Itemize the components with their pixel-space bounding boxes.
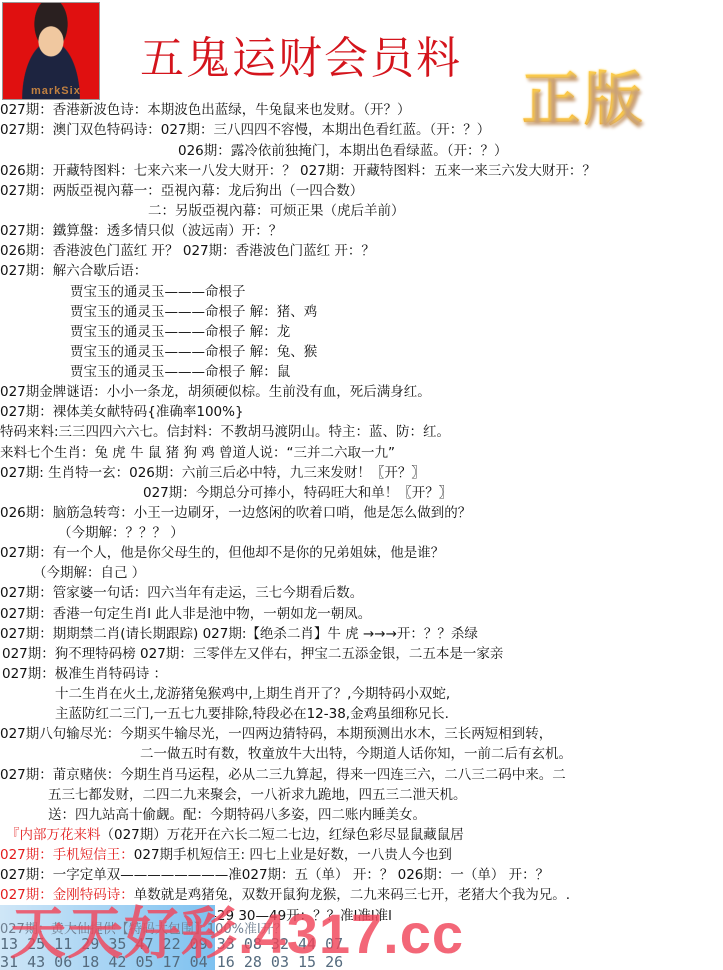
line-text: 027期手机短信王: 四七上业是好数，一八贵人今也到 (134, 847, 452, 863)
text-line: 特码来料:三三四四六六七。信封料：不教胡马渡阴山。特主：蓝、防：红。 (0, 423, 450, 442)
line-text: 027期：一字定单双————————准027期：五（单） 开：？ 026期：一（… (0, 867, 549, 883)
line-text: （027期）万花开在六长二短二七边，红绿色彩尽显鼠藏鼠居 (101, 827, 464, 843)
text-line: 027期金牌谜语：小小一条龙，胡须硬似棕。生前没有血，死后满身红。 (0, 383, 431, 402)
page-title: 五鬼运财会员料 (140, 22, 462, 86)
highlighted-line: 027期：手机短信王：027期手机短信王: 四七上业是好数，一八贵人今也到 (0, 846, 452, 865)
text-line: 027期：极准生肖特码诗 ： (2, 665, 167, 684)
text-line: 来料七个生肖：兔 虎 牛 鼠 猪 狗 鸡 曾道人说：“三并二六取一九” (0, 444, 395, 463)
text-line: （今期解：自己 ） (33, 564, 145, 583)
text-line: 026期：露冷依前独掩门，本期出色看绿蓝。（开：？） (178, 142, 508, 161)
text-line: 026期：脑筋急转弯：小王一边刷牙，一边悠闲的吹着口哨，他是怎么做到的？ (0, 504, 471, 523)
line-label: 『内部万花来料 (6, 827, 101, 843)
text-line: 送：四九站高十偷觑。配：今期特码八多姿，四二账内睡美女。 (48, 806, 426, 825)
highlighted-line: 027期：一字定单双————————准027期：五（单） 开：？ 026期：一（… (0, 866, 549, 885)
text-line: 027期：狗不理特码榜 027期：三零伴左又伴右，押宝二五添金银，二五本是一家亲 (2, 645, 503, 664)
line-label: 027期：手机短信王： (0, 847, 134, 863)
highlighted-line: 『内部万花来料（027期）万花开在六长二短二七边，红绿色彩尽显鼠藏鼠居 (6, 826, 464, 845)
text-line: 五三七都发财，二四二九来聚会，一八祈求九跪地，四五三二泄天机。 (48, 786, 467, 805)
text-line: 026期：开藏特图料：七来六来一八发大财开：？ 027期：开藏特图料：五来一来三… (0, 162, 596, 181)
authentic-badge: 正版 (522, 52, 646, 136)
text-line: 027期：有一个人，他是你父母生的，但他却不是你的兄弟姐妹，他是谁？ (0, 544, 444, 563)
text-line: 二：另版亞視內幕：可烦正果（虎后羊前） (148, 202, 405, 221)
text-line: 二一做五时有数，牧童放牛大出特，今期道人话你知，一前二后有玄机。 (140, 745, 572, 764)
text-line: 027期：鐵算盤：透多情只似（波远南）开：？ (0, 222, 282, 241)
text-line: 贾宝玉的通灵玉———命根子 (70, 283, 246, 302)
text-line: 027期：香港新波色诗：本期波色出蓝绿，牛兔鼠来也发财。（开？） (0, 101, 411, 120)
text-line: 027期八句输尽光：今期买牛输尽光，一四两边猜特码，本期预测出水木，三长两短相到… (0, 725, 552, 744)
text-line: 十二生肖在火土,龙游猪兔猴鸡中,上期生肖开了？,今期特码小双蛇, (55, 685, 450, 704)
site-watermark: 天天好彩.4317.cc (10, 890, 464, 970)
text-line: 贾宝玉的通灵玉———命根子 解：鼠 (70, 363, 290, 382)
text-line: 027期：解六合歇后语： (0, 262, 147, 281)
text-line: 贾宝玉的通灵玉———命根子 解：兔、猴 (70, 343, 317, 362)
portrait-image: markSix (2, 2, 100, 100)
header: markSix 五鬼运财会员料 正版 (0, 0, 723, 100)
text-line: 027期：裸体美女献特码{准确率100%} (0, 403, 244, 422)
text-line: 027期：澳门双色特码诗：027期：三八四四不容慢，本期出色看红蓝。（开：？） (0, 121, 490, 140)
text-line: 贾宝玉的通灵玉———命根子 解：龙 (70, 323, 290, 342)
text-line: 027期：香港一句定生肖l 此人非是池中物，一朝如龙一朝凤。 (0, 605, 371, 624)
text-line: （今期解：？？？ ） (58, 524, 184, 543)
text-line: 027期：两版亞視內幕一：亞視內幕：龙后狗出（一四合数） (0, 182, 363, 201)
text-line: 027期: 生肖特一玄：026期：六前三后必中特，九三来发财！〖开？〗 (0, 464, 425, 483)
text-line: 027期：期期禁二肖(请长期跟踪) 027期:【绝杀二肖】牛 虎 →→→开：？？… (0, 625, 478, 644)
text-line: 027期：今期总分可捧小，特码旺大和单！〖开？〗 (143, 484, 452, 503)
text-line: 贾宝玉的通灵玉———命根子 解：猪、鸡 (70, 303, 317, 322)
text-line: 026期：香港波色门蓝红 开？ 027期：香港波色门蓝红 开：？ (0, 242, 375, 261)
portrait-brand: markSix (31, 85, 81, 97)
text-line: 主蓝防红二三门,一五七九要排除,特段必在12-38,金鸡虽细称兄长. (55, 705, 449, 724)
text-line: 027期：莆京赌侠：今期生肖马运程，必从二三九算起，得来一四连三六，二八三二码中… (0, 766, 566, 785)
text-line: 027期：管家婆一句话：四六当年有走运，三七今期看后数。 (0, 584, 363, 603)
